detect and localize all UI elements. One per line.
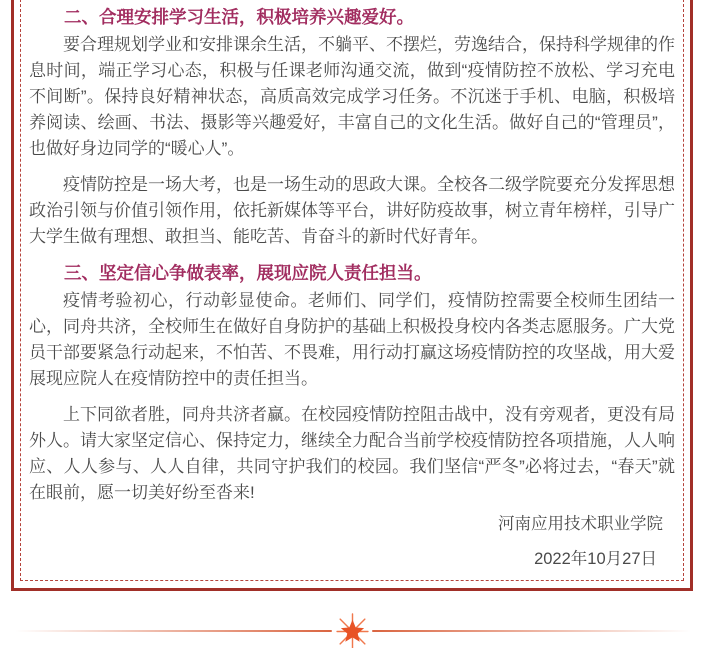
notice-body: 二、合理安排学习生活，积极培养兴趣爱好。 要合理规划学业和安排课余生活，不躺平、… xyxy=(21,0,683,567)
paragraph: 要合理规划学业和安排课余生活，不躺平、不摆烂，劳逸结合，保持科学规律的作息时间，… xyxy=(29,32,675,162)
signature: 河南应用技术职业学院 xyxy=(29,516,675,532)
section-heading-2: 二、合理安排学习生活，积极培养兴趣爱好。 xyxy=(29,4,675,30)
paragraph: 疫情考验初心，行动彰显使命。老师们、同学们，疫情防控需要全校师生团结一心，同舟共… xyxy=(29,288,675,392)
ornament-line-left xyxy=(15,630,332,632)
ornament-line-right xyxy=(372,630,691,632)
footer-ornament xyxy=(0,613,705,648)
paragraph: 上下同欲者胜，同舟共济者赢。在校园疫情防控阻击战中，没有旁观者，更没有局外人。请… xyxy=(29,402,675,506)
date: 2022年10月27日 xyxy=(29,551,675,567)
paragraph: 疫情防控是一场大考，也是一场生动的思政大课。全校各二级学院要充分发挥思想政治引领… xyxy=(29,172,675,250)
section-heading-3: 三、坚定信心争做表率，展现应院人责任担当。 xyxy=(29,260,675,286)
star-burst-icon xyxy=(334,613,371,648)
